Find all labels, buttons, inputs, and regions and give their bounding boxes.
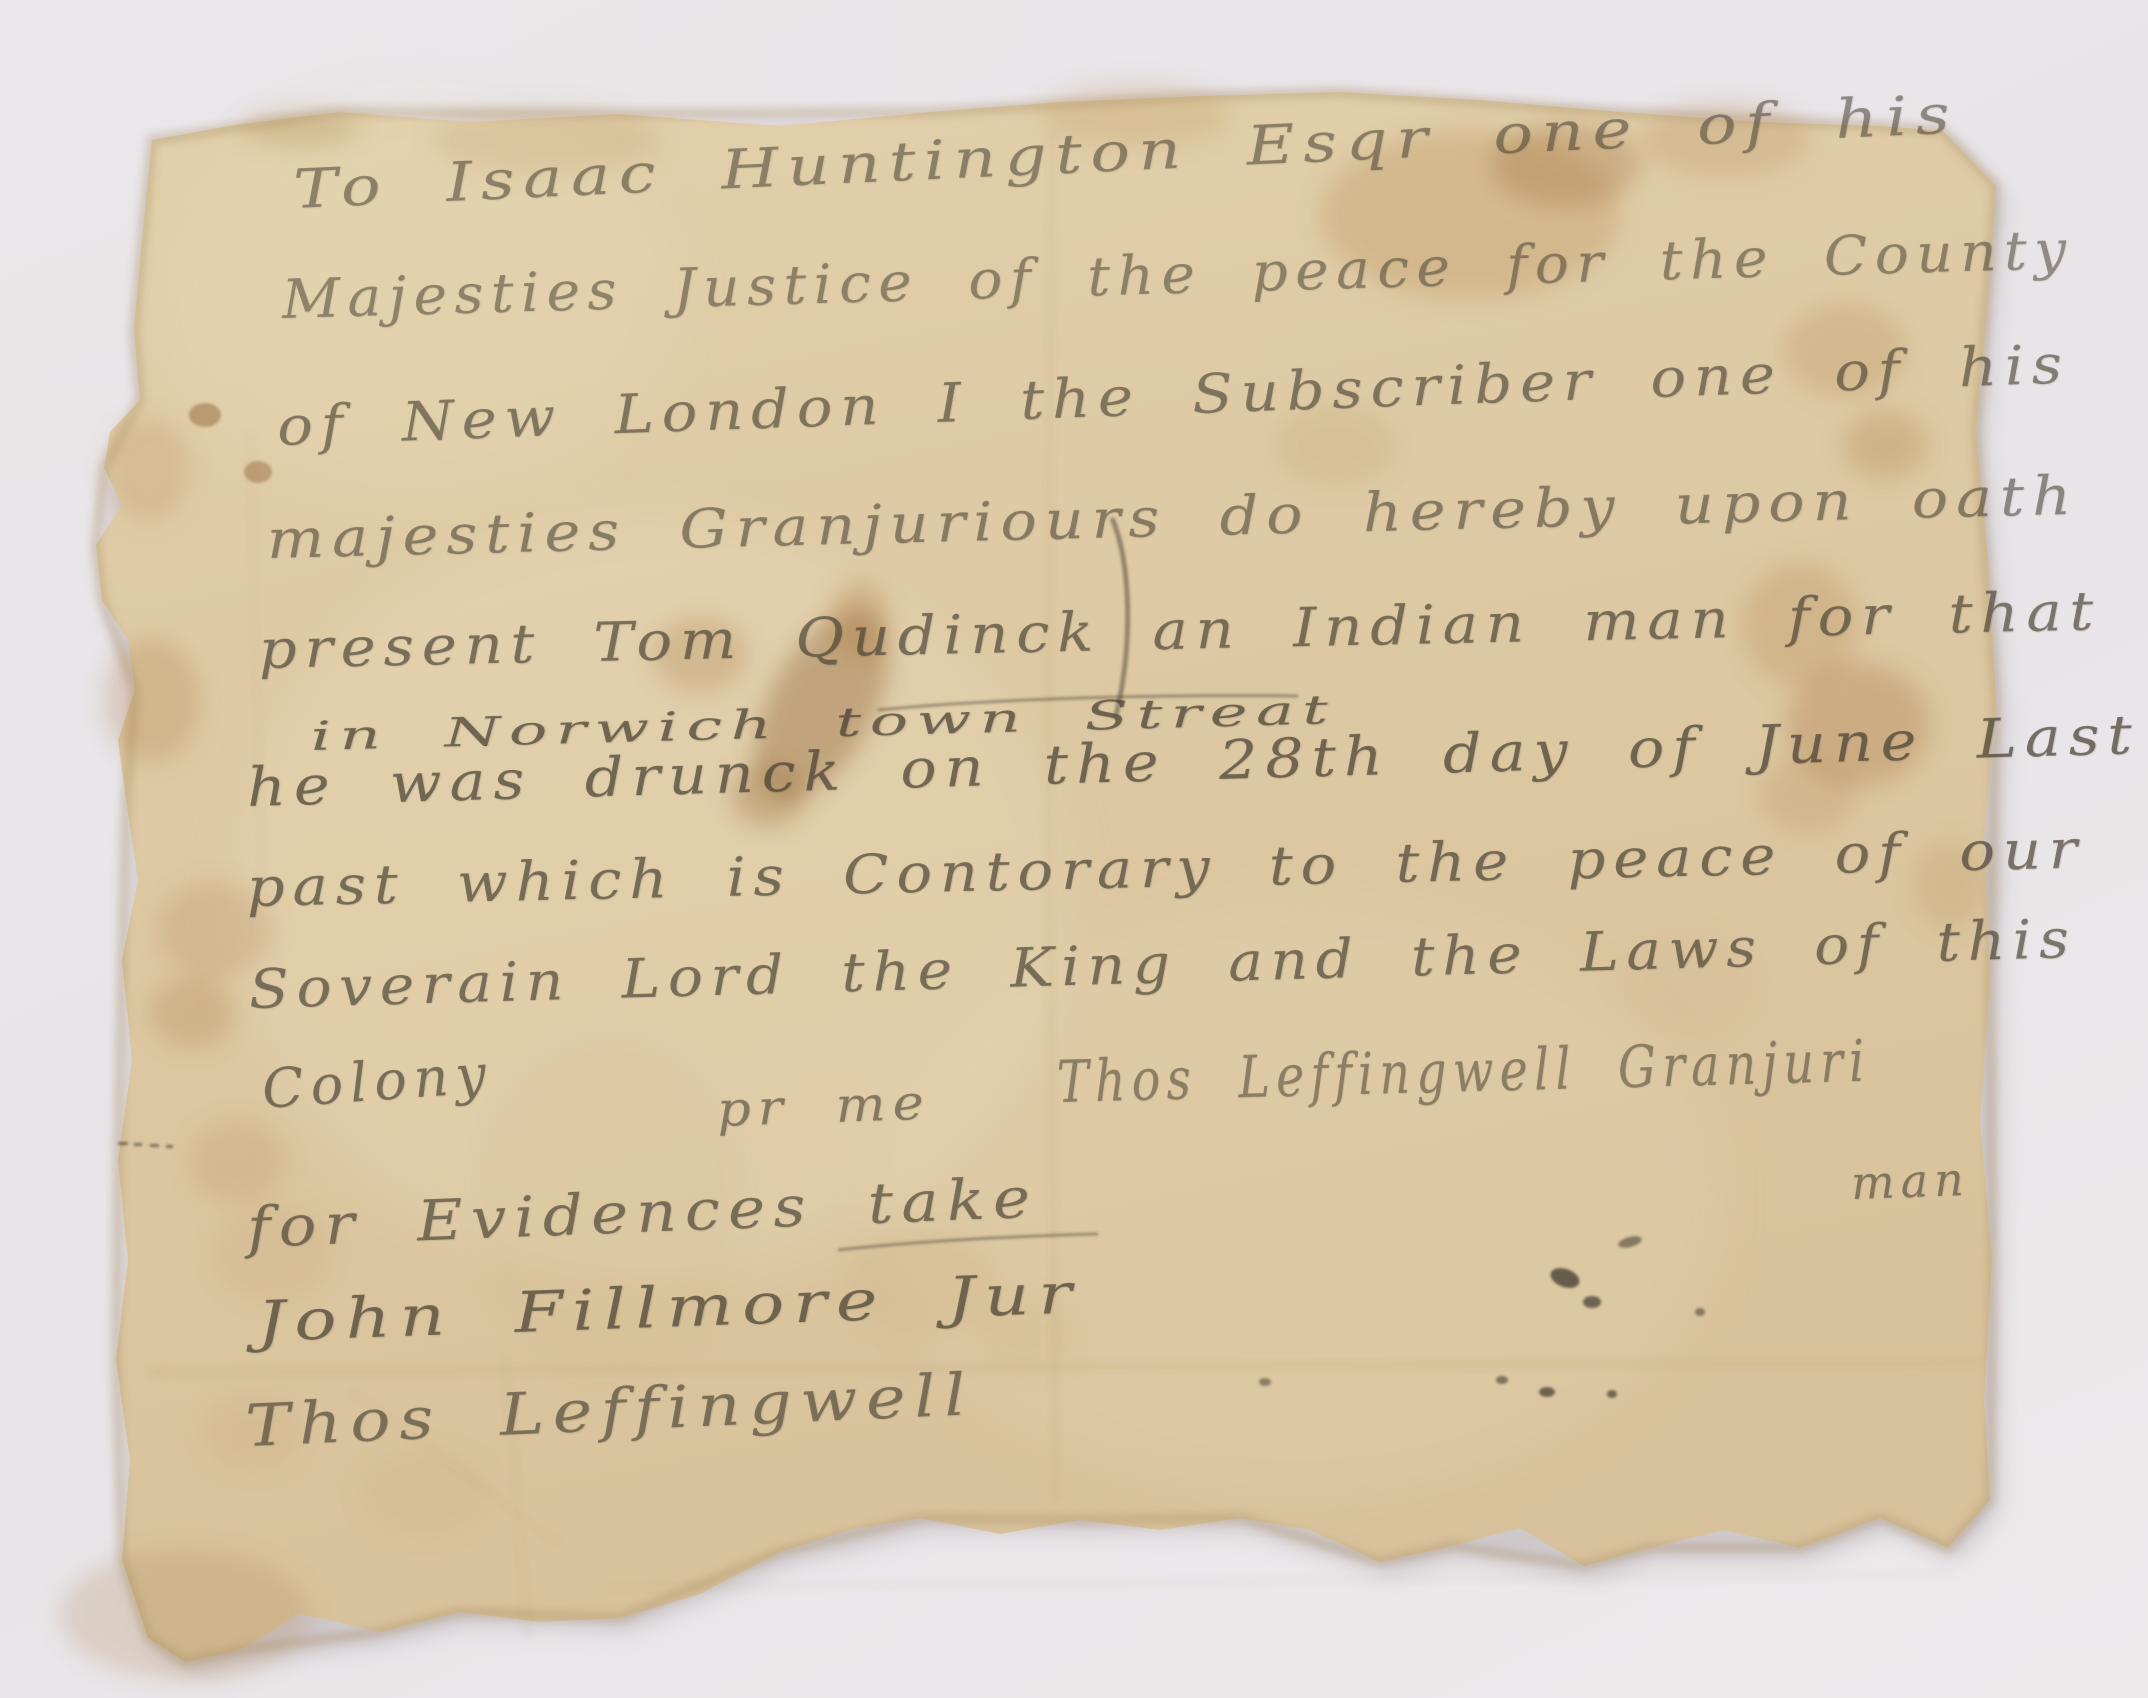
manuscript-attestation: pr me <box>716 1075 931 1138</box>
signature-thos-leffingwell: Thos Leffingwell <box>244 1360 975 1460</box>
signature-thos-leffingwell-granjuri: Thos Leffingwell Granjuri <box>1056 1027 1871 1116</box>
manuscript-line: present Tom Qudinck an Indian man for th… <box>258 579 2102 681</box>
manuscript-line: past which is Contorary to the peace of … <box>246 817 2085 918</box>
manuscript-text: To Isaac Huntington Esqr one of his Maje… <box>0 0 2148 1698</box>
signature-john-fillmore: John Fillmore Jur <box>256 1261 1082 1355</box>
manuscript-line: To Isaac Huntington Esqr one of his <box>292 82 1959 221</box>
scanned-document-page: To Isaac Huntington Esqr one of his Maje… <box>0 0 2148 1698</box>
manuscript-line: of New London I the Subscriber one of hi… <box>276 332 2071 458</box>
manuscript-line: majesties Granjuriours do hereby upon oa… <box>266 464 2080 571</box>
signature-suffix-man: man <box>1850 1152 1970 1210</box>
manuscript-line: Colony <box>260 1042 495 1121</box>
manuscript-line: Majesties Justice of the peace for the C… <box>281 218 2074 331</box>
manuscript-line: Soverain Lord the King and the Laws of t… <box>248 907 2077 1021</box>
manuscript-line: for Evidences take <box>246 1166 1039 1261</box>
